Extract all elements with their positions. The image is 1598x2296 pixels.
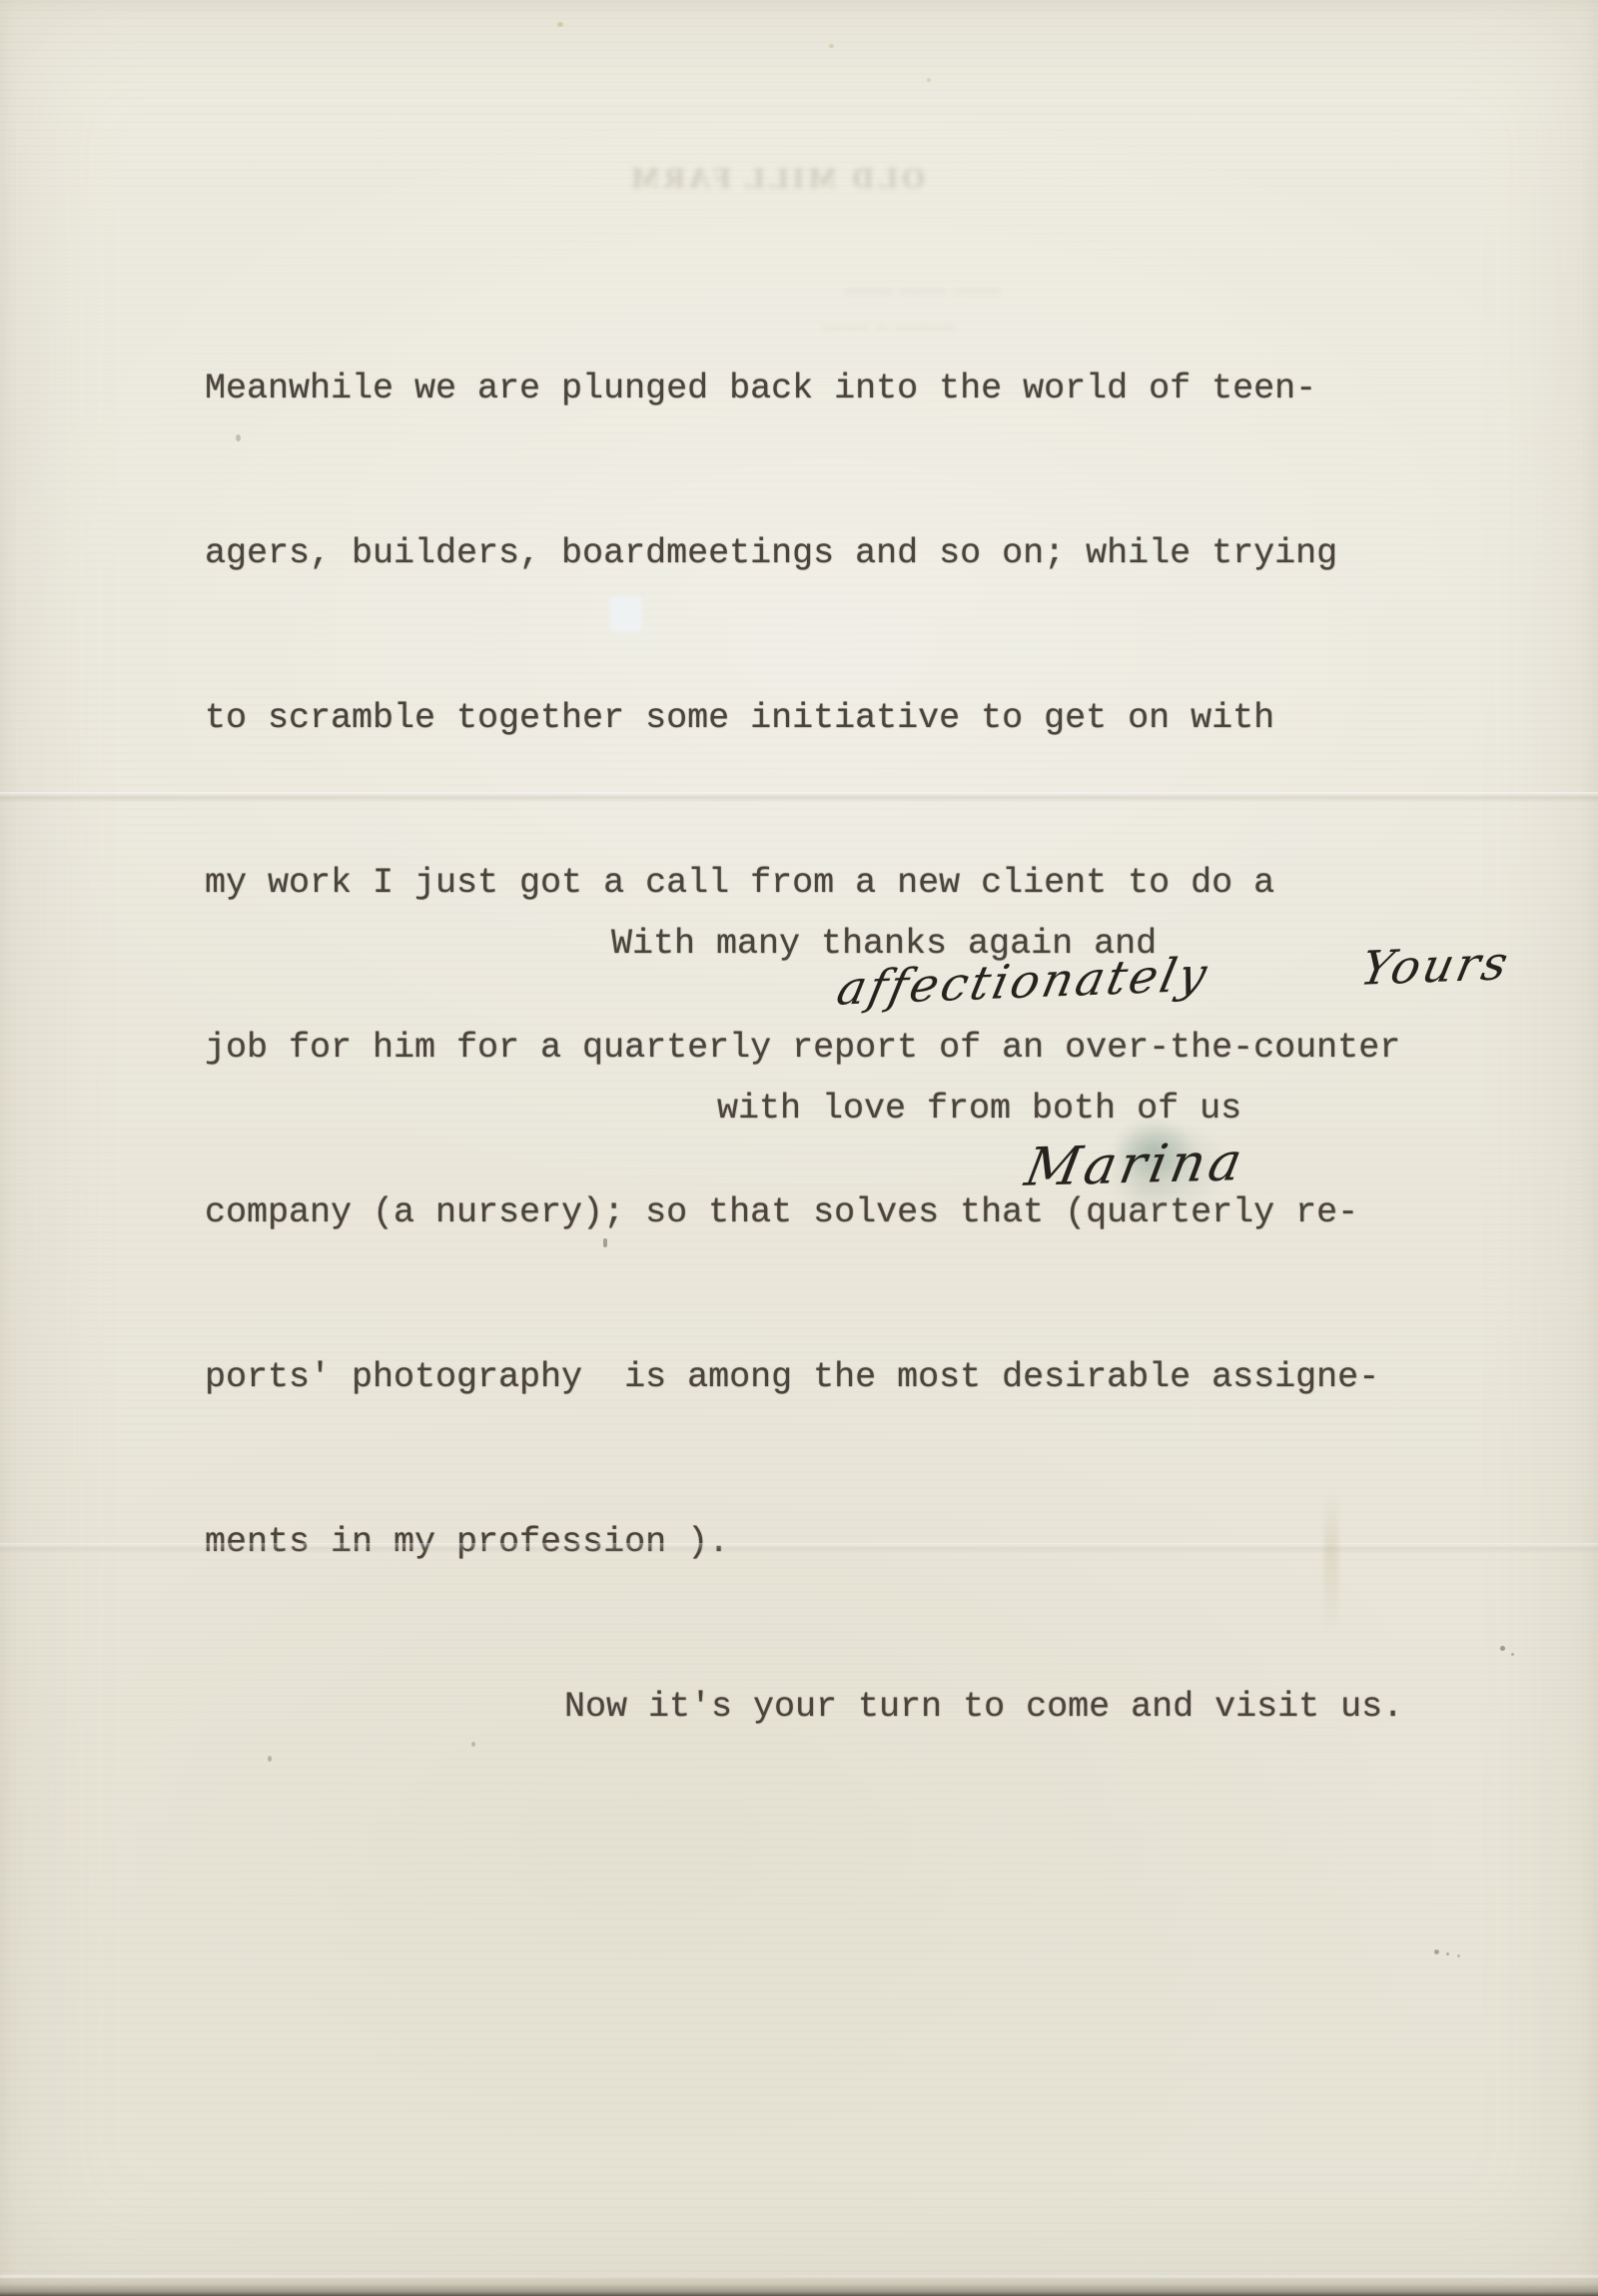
paper-speck: [268, 1756, 272, 1762]
paper-speck: [603, 1238, 607, 1247]
paper-speck: [1500, 1646, 1505, 1651]
paper-speck: [927, 78, 931, 82]
paper-speck: [829, 44, 834, 48]
body-line: Now it's your turn to come and visit us.: [205, 1680, 1403, 1735]
paper-speck: [557, 22, 563, 27]
body-line: ports' photography is among the most des…: [205, 1350, 1403, 1405]
fold-crease: [0, 1543, 1598, 1553]
correction-fluid-mark: [611, 597, 641, 631]
bleedthrough-letterhead: OLD MILL FARM: [627, 162, 925, 196]
paper-speck: [471, 1742, 475, 1747]
handwritten-signature: Marina: [1021, 1132, 1250, 1198]
paper-streak: [1324, 1493, 1338, 1633]
body-line: agers, builders, boardmeetings and so on…: [205, 526, 1403, 581]
body-line: to scramble together some initiative to …: [205, 691, 1403, 746]
fold-crease: [0, 792, 1598, 802]
paper-speck: [236, 434, 241, 441]
body-line: Meanwhile we are plunged back into the w…: [205, 362, 1403, 416]
paper-speck: [1434, 1949, 1439, 1954]
letter-page: OLD MILL FARM ~~~~ ~~~~ ~~~~ ~~~~~ ~ ~~~…: [0, 0, 1598, 2296]
scan-bottom-edge: [0, 2274, 1598, 2296]
